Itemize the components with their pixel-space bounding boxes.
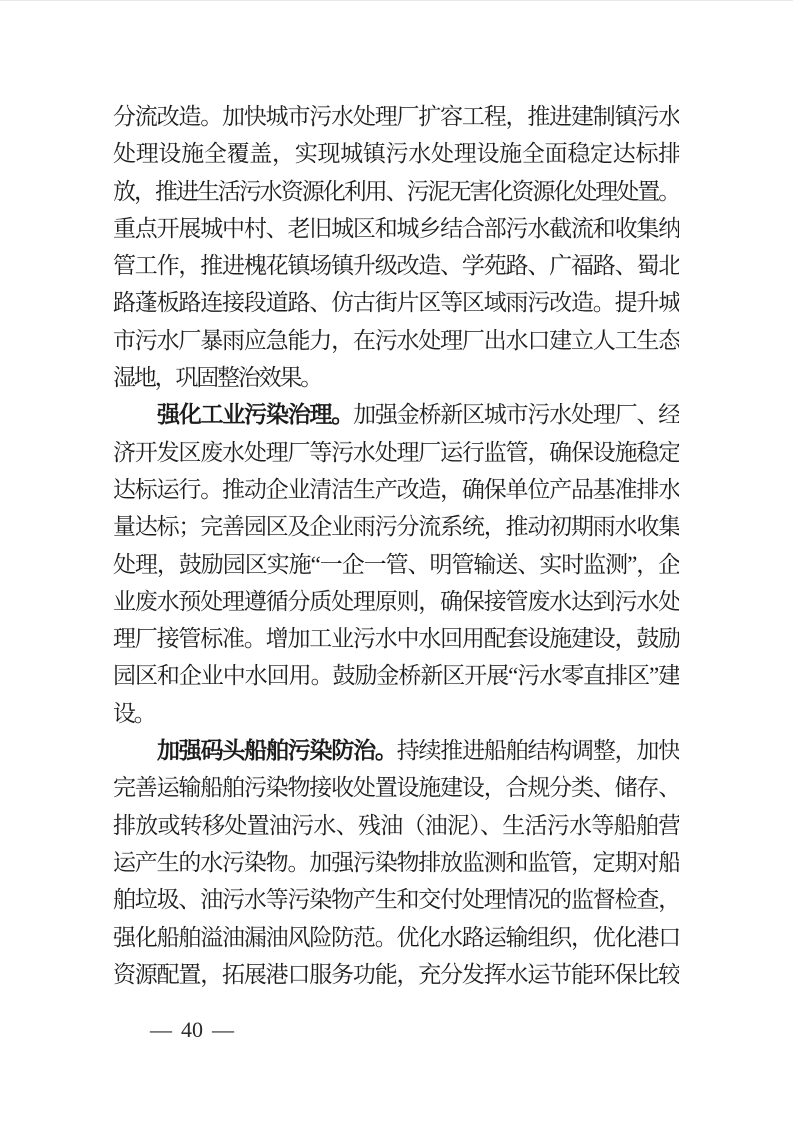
text-line: 业废水预处理遵循分质处理原则，确保接管废水达到污水处 [113, 583, 679, 620]
paragraph-industrial-pollution-first-line: 强化工业污染治理。加强金桥新区城市污水处理厂、经 [113, 396, 679, 433]
text-line: 处理设施全覆盖，实现城镇污水处理设施全面稳定达标排 [113, 135, 679, 172]
text-line: 达标运行。推动企业清洁生产改造，确保单位产品基准排水 [113, 471, 679, 508]
text-line: 完善运输船舶污染物接收处置设施建设，合规分类、储存、 [113, 769, 679, 806]
page-footer: — 40 — [150, 1014, 234, 1046]
text-line: 分流改造。加快城市污水处理厂扩容工程，推进建制镇污水 [113, 98, 679, 135]
text-line: 理厂接管标准。增加工业污水中水回用配套设施建设，鼓励 [113, 620, 679, 657]
document-page: 分流改造。加快城市污水处理厂扩容工程，推进建制镇污水 处理设施全覆盖，实现城镇污… [0, 0, 793, 1122]
text-line: 湿地，巩固整治效果。 [113, 359, 679, 396]
text-line: 放，推进生活污水资源化利用、污泥无害化资源化处理处置。 [113, 173, 679, 210]
text-line: 舶垃圾、油污水等污染物产生和交付处理情况的监督检查， [113, 881, 679, 918]
paragraph-text: 持续推进船舶结构调整，加快 [397, 738, 679, 763]
paragraph-ship-pollution-first-line: 加强码头船舶污染防治。持续推进船舶结构调整，加快 [113, 732, 679, 769]
text-line: 运产生的水污染物。加强污染物排放监测和监管，定期对船 [113, 844, 679, 881]
text-line: 管工作，推进槐花镇场镇升级改造、学苑路、广福路、蜀北 [113, 247, 679, 284]
paragraph-text: 加强金桥新区城市污水处理厂、经 [353, 402, 679, 427]
paragraph-heading: 强化工业污染治理。 [157, 402, 353, 427]
text-line: 路蓬板路连接段道路、仿古街片区等区域雨污改造。提升城 [113, 284, 679, 321]
text-line: 重点开展城中村、老旧城区和城乡结合部污水截流和收集纳 [113, 210, 679, 247]
text-line: 排放或转移处置油污水、残油（油泥）、生活污水等船舶营 [113, 807, 679, 844]
text-line: 园区和企业中水回用。鼓励金桥新区开展“污水零直排区”建 [113, 657, 679, 694]
text-line: 强化船舶溢油漏油风险防范。优化水路运输组织，优化港口 [113, 919, 679, 956]
document-body: 分流改造。加快城市污水处理厂扩容工程，推进建制镇污水 处理设施全覆盖，实现城镇污… [113, 98, 679, 993]
footer-dash-left: — [150, 1017, 172, 1043]
text-line: 量达标；完善园区及企业雨污分流系统，推动初期雨水收集 [113, 508, 679, 545]
page-number: 40 [181, 1017, 203, 1043]
text-line: 设。 [113, 695, 679, 732]
footer-dash-right: — [212, 1017, 234, 1043]
paragraph-heading: 加强码头船舶污染防治。 [157, 738, 397, 763]
text-line: 济开发区废水处理厂等污水处理厂运行监管，确保设施稳定 [113, 434, 679, 471]
text-line: 市污水厂暴雨应急能力，在污水处理厂出水口建立人工生态 [113, 322, 679, 359]
text-line: 资源配置，拓展港口服务功能，充分发挥水运节能环保比较 [113, 956, 679, 993]
text-line: 处理，鼓励园区实施“一企一管、明管输送、实时监测”，企 [113, 546, 679, 583]
